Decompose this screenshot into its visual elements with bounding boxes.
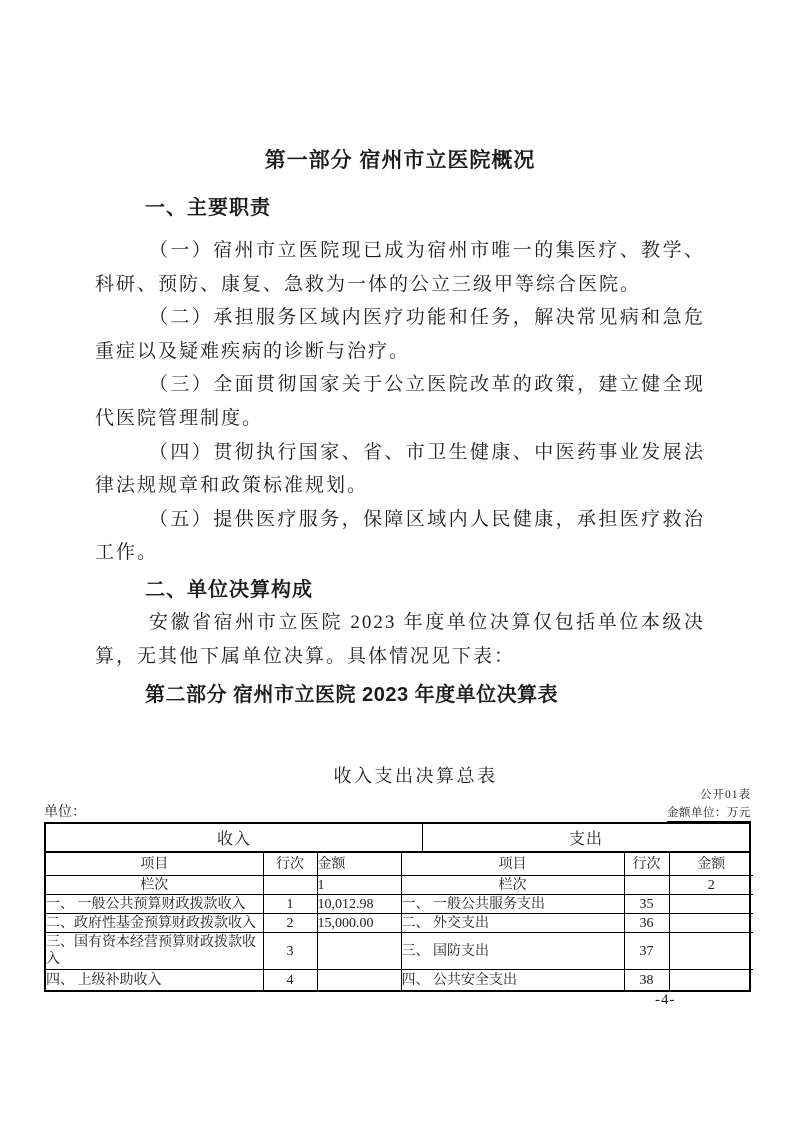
expense-amount	[669, 933, 753, 970]
part1-title: 第一部分 宿州市立医院概况	[95, 147, 705, 175]
income-amount	[317, 933, 401, 970]
part2-title: 第二部分 宿州市立医院 2023 年度单位决算表	[95, 681, 705, 709]
table-row: 二、政府性基金预算财政拨款收入 2 15,000.00 二、 外交支出 36	[46, 914, 753, 933]
paragraph-4: （四）贯彻执行国家、省、市卫生健康、中医药事业发展法律法规规章和政策标准规划。	[95, 436, 705, 503]
paragraph-3: （三）全面贯彻国家关于公立医院改革的政策，建立健全现代医院管理制度。	[95, 368, 705, 435]
table-row: 四、 上级补助收入 4 四、 公共安全支出 38	[46, 970, 753, 991]
income-amount-header: 金额	[317, 853, 401, 876]
expense-amount	[669, 914, 753, 933]
income-item: 二、政府性基金预算财政拨款收入	[46, 914, 263, 933]
expense-index-lineno	[624, 876, 669, 895]
expense-item: 三、 国防支出	[401, 933, 624, 970]
sheet-number-label: 公开01表	[44, 788, 751, 802]
paragraph-5: （五）提供医疗服务，保障区域内人民健康，承担医疗救治工作。	[95, 503, 705, 570]
income-amount	[317, 970, 401, 991]
income-lineno: 4	[263, 970, 317, 991]
expense-index-label: 栏次	[401, 876, 624, 895]
table-row: 三、国有资本经营预算财政拨款收入 3 三、 国防支出 37	[46, 933, 753, 970]
expense-lineno: 37	[624, 933, 669, 970]
unit-label: 单位：	[44, 804, 86, 822]
column-header-row: 项目 行次 金额 项目 行次 金额	[46, 853, 753, 876]
column-index-row: 栏次 1 栏次 2	[46, 876, 753, 895]
income-index-lineno	[263, 876, 317, 895]
income-group-header: 收入	[46, 824, 423, 851]
table-title: 收入支出决算总表	[62, 764, 769, 788]
income-item: 四、 上级补助收入	[46, 970, 263, 991]
income-amount: 15,000.00	[317, 914, 401, 933]
income-lineno-header: 行次	[263, 853, 317, 876]
income-item-header: 项目	[46, 853, 263, 876]
expense-amount	[669, 895, 753, 914]
expense-amount	[669, 970, 753, 991]
income-lineno: 1	[263, 895, 317, 914]
paragraph-2: （二）承担服务区域内医疗功能和任务，解决常见病和急危重症以及疑难疾病的诊断与治疗…	[95, 301, 705, 368]
income-expense-table: 收入 支出 项目 行次 金额 项目 行次 金额 栏次	[44, 822, 751, 992]
amount-unit-label: 金额单位：万元	[667, 805, 751, 822]
table-body: 项目 行次 金额 项目 行次 金额 栏次 1 栏次 2 一、 一般公共预算财政拨…	[46, 853, 753, 990]
expense-item: 一、 一般公共服务支出	[401, 895, 624, 914]
expense-index-value: 2	[669, 876, 753, 895]
income-lineno: 3	[263, 933, 317, 970]
income-item: 一、 一般公共预算财政拨款收入	[46, 895, 263, 914]
income-item: 三、国有资本经营预算财政拨款收入	[46, 933, 263, 970]
expense-amount-header: 金额	[669, 853, 753, 876]
budget-table-section: 收入支出决算总表 公开01表 单位： 金额单位：万元 收入 支出 项目 行次 金…	[44, 752, 751, 992]
table-group-header-row: 收入 支出	[46, 824, 749, 853]
expense-item: 二、 外交支出	[401, 914, 624, 933]
income-index-value: 1	[317, 876, 401, 895]
section1-heading: 一、主要职责	[95, 194, 705, 222]
page-number: -4-	[655, 992, 676, 1009]
income-amount: 10,012.98	[317, 895, 401, 914]
expense-lineno: 36	[624, 914, 669, 933]
table-row: 一、 一般公共预算财政拨款收入 1 10,012.98 一、 一般公共服务支出 …	[46, 895, 753, 914]
income-lineno: 2	[263, 914, 317, 933]
expense-item-header: 项目	[401, 853, 624, 876]
expense-lineno-header: 行次	[624, 853, 669, 876]
expense-lineno: 35	[624, 895, 669, 914]
section2-paragraph: 安徽省宿州市立医院 2023 年度单位决算仅包括单位本级决算，无其他下属单位决算…	[95, 606, 705, 673]
expense-lineno: 38	[624, 970, 669, 991]
income-index-label: 栏次	[46, 876, 263, 895]
expense-item: 四、 公共安全支出	[401, 970, 624, 991]
table-meta-row: 单位： 金额单位：万元	[44, 802, 751, 822]
expense-group-header: 支出	[423, 824, 749, 851]
section2-heading: 二、单位决算构成	[95, 576, 705, 604]
paragraph-1: （一）宿州市立医院现已成为宿州市唯一的集医疗、教学、科研、预防、康复、急救为一体…	[95, 234, 705, 301]
document-page: 第一部分 宿州市立医院概况 一、主要职责 （一）宿州市立医院现已成为宿州市唯一的…	[0, 0, 793, 1122]
document-body: 第一部分 宿州市立医院概况 一、主要职责 （一）宿州市立医院现已成为宿州市唯一的…	[95, 0, 705, 709]
